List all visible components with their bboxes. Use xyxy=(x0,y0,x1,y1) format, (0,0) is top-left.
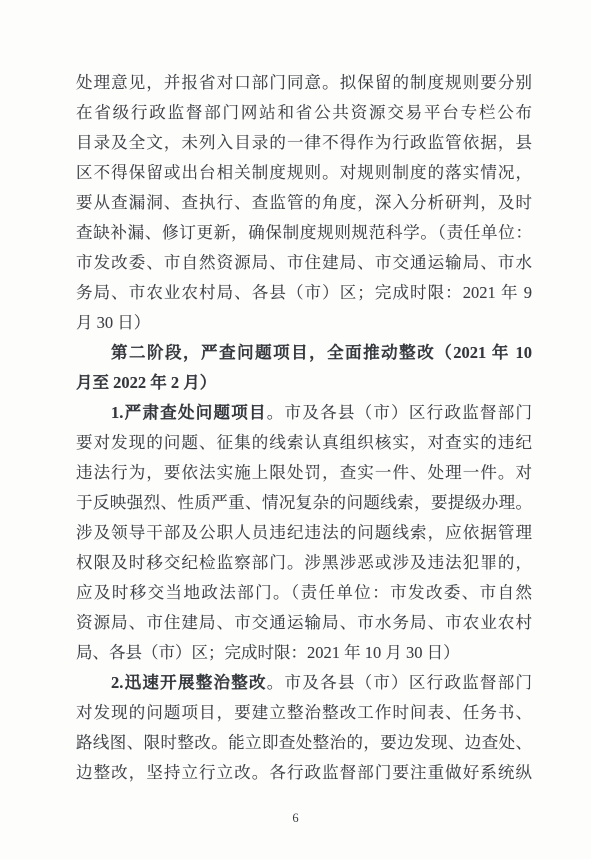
text-line: 月至 2022 年 2 月） xyxy=(76,368,532,398)
text-line: 务局、市农业农村局、各县（市）区；完成时限：2021 年 9 xyxy=(76,278,532,308)
text-line: 要从查漏洞、查执行、查监管的角度，深入分析研判，及时 xyxy=(76,188,532,218)
text-run: 处理意见，并报省对口部门同意。拟保留的制度规则要分别 xyxy=(76,73,532,92)
text-line: 应及时移交当地政法部门。（责任单位：市发改委、市自然 xyxy=(76,578,532,608)
document-page: 处理意见，并报省对口部门同意。拟保留的制度规则要分别在省级行政监督部门网站和省公… xyxy=(0,0,591,859)
text-run: 于反映强烈、性质严重、情况复杂的问题线索，要提级办理。 xyxy=(76,493,532,512)
text-run: 目录及全文，未列入目录的一律不得作为行政监管依据，县 xyxy=(76,133,532,152)
text-line: 权限及时移交纪检监察部门。涉黑涉恶或涉及违法犯罪的， xyxy=(76,548,532,578)
text-line: 区不得保留或出台相关制度规则。对规则制度的落实情况， xyxy=(76,158,532,188)
text-line: 第二阶段，严查问题项目，全面推动整改（2021 年 10 xyxy=(76,338,532,368)
text-line: 局、各县（市）区；完成时限：2021 年 10 月 30 日） xyxy=(76,638,532,668)
text-line: 在省级行政监督部门网站和省公共资源交易平台专栏公布 xyxy=(76,98,532,128)
text-line: 违法行为，要依法实施上限处罚，查实一件、处理一件。对 xyxy=(76,458,532,488)
text-run: 边整改，坚持立行立改。各行政监督部门要注重做好系统纵 xyxy=(76,763,532,782)
text-run: 违法行为，要依法实施上限处罚，查实一件、处理一件。对 xyxy=(76,463,532,482)
text-run: 权限及时移交纪检监察部门。涉黑涉恶或涉及违法犯罪的， xyxy=(76,553,532,572)
text-line: 对发现的问题项目，要建立整治整改工作时间表、任务书、 xyxy=(76,698,532,728)
text-run: 查缺补漏、修订更新，确保制度规则规范科学。（责任单位： xyxy=(76,223,532,242)
text-line: 2.迅速开展整治整改。市及各县（市）区行政监督部门 xyxy=(76,668,532,698)
text-line: 要对发现的问题、征集的线索认真组织核实，对查实的违纪 xyxy=(76,428,532,458)
text-line: 边整改，坚持立行立改。各行政监督部门要注重做好系统纵 xyxy=(76,758,532,788)
text-run: 。市及各县（市）区行政监督部门 xyxy=(267,673,532,692)
text-line: 处理意见，并报省对口部门同意。拟保留的制度规则要分别 xyxy=(76,68,532,98)
text-line: 涉及领导干部及公职人员违纪违法的问题线索，应依据管理 xyxy=(76,518,532,548)
text-run: 在省级行政监督部门网站和省公共资源交易平台专栏公布 xyxy=(76,103,532,122)
text-line: 1.严肃查处问题项目。市及各县（市）区行政监督部门 xyxy=(76,398,532,428)
bold-text-run: 2.迅速开展整治整改 xyxy=(111,673,267,692)
bold-text-run: 第二阶段，严查问题项目，全面推动整改（2021 年 10 xyxy=(111,343,532,362)
text-run: 。市及各县（市）区行政监督部门 xyxy=(267,403,532,422)
bold-text-run: 月至 2022 年 2 月） xyxy=(76,373,216,392)
text-line: 于反映强烈、性质严重、情况复杂的问题线索，要提级办理。 xyxy=(76,488,532,518)
text-run: 要从查漏洞、查执行、查监管的角度，深入分析研判，及时 xyxy=(76,193,532,212)
text-run: 资源局、市住建局、市交通运输局、市水务局、市农业农村 xyxy=(76,613,532,632)
text-line: 市发改委、市自然资源局、市住建局、市交通运输局、市水 xyxy=(76,248,532,278)
text-line: 月 30 日） xyxy=(76,308,532,338)
bold-text-run: 1.严肃查处问题项目 xyxy=(111,403,267,422)
text-line: 目录及全文，未列入目录的一律不得作为行政监管依据，县 xyxy=(76,128,532,158)
text-line: 资源局、市住建局、市交通运输局、市水务局、市农业农村 xyxy=(76,608,532,638)
body-text: 处理意见，并报省对口部门同意。拟保留的制度规则要分别在省级行政监督部门网站和省公… xyxy=(76,68,532,788)
text-run: 务局、市农业农村局、各县（市）区；完成时限：2021 年 9 xyxy=(76,283,532,302)
text-run: 对发现的问题项目，要建立整治整改工作时间表、任务书、 xyxy=(76,703,532,722)
text-run: 路线图、限时整改。能立即查处整治的，要边发现、边查处、 xyxy=(76,733,532,752)
text-line: 查缺补漏、修订更新，确保制度规则规范科学。（责任单位： xyxy=(76,218,532,248)
text-run: 区不得保留或出台相关制度规则。对规则制度的落实情况， xyxy=(76,163,532,182)
text-run: 要对发现的问题、征集的线索认真组织核实，对查实的违纪 xyxy=(76,433,532,452)
text-run: 月 30 日） xyxy=(76,313,150,332)
text-run: 局、各县（市）区；完成时限：2021 年 10 月 30 日） xyxy=(76,643,460,662)
page-number: 6 xyxy=(0,808,591,828)
text-run: 市发改委、市自然资源局、市住建局、市交通运输局、市水 xyxy=(76,253,532,272)
text-line: 路线图、限时整改。能立即查处整治的，要边发现、边查处、 xyxy=(76,728,532,758)
text-run: 应及时移交当地政法部门。（责任单位：市发改委、市自然 xyxy=(76,583,532,602)
text-run: 涉及领导干部及公职人员违纪违法的问题线索，应依据管理 xyxy=(76,523,532,542)
